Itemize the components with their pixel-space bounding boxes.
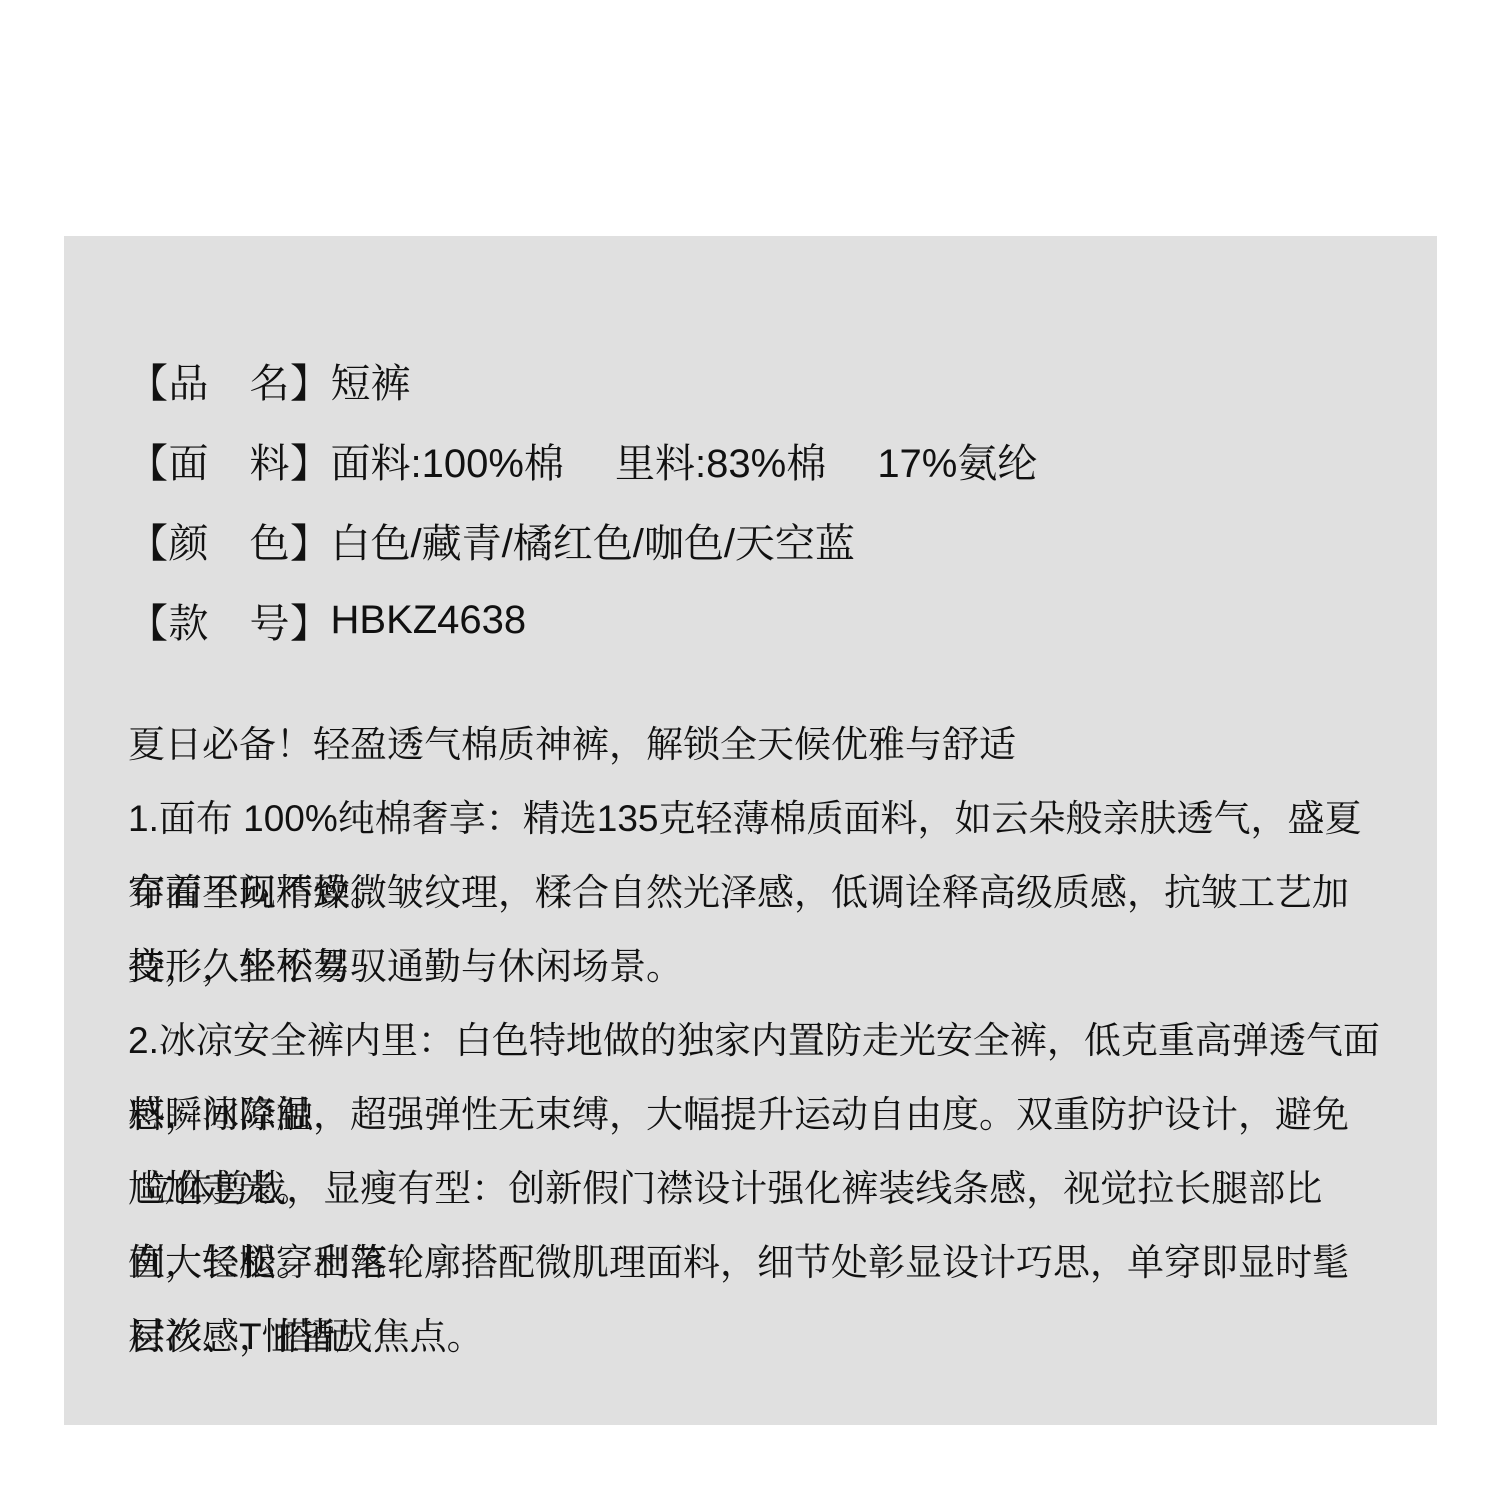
spec-list: 【品 名】 短裤 【面 料】 面料:100%棉 里料:83%棉 17%氨纶 【颜… <box>128 340 1381 660</box>
spec-value-color: 白色/藏青/橘红色/咖色/天空蓝 <box>331 512 1382 569</box>
product-description-page: 【品 名】 短裤 【面 料】 面料:100%棉 里料:83%棉 17%氨纶 【颜… <box>0 0 1500 1500</box>
spec-label-product-name: 【品 名】 <box>128 352 331 409</box>
spec-value-product-name: 短裤 <box>331 352 1382 409</box>
spec-label-color: 【颜 色】 <box>128 512 331 569</box>
description-line: 2.冰凉安全裤内里：白色特地做的独家内置防走光安全裤，低克重高弹透气面料，冰凉触 <box>128 1004 1381 1078</box>
spec-value-style-number: HBKZ4638 <box>331 598 1382 643</box>
spec-value-fabric: 面料:100%棉 里料:83%棉 17%氨纶 <box>331 432 1382 489</box>
description-line: 衬衫、T恤皆成焦点。 <box>128 1300 1381 1374</box>
description-line: 布面呈现精致微皱纹理，糅合自然光泽感，低调诠释高级质感，抗皱工艺加持，久坐不易 <box>128 856 1381 930</box>
spec-label-fabric: 【面 料】 <box>128 432 331 489</box>
description: 夏日必备！轻盈透气棉质神裤，解锁全天候优雅与舒适 1.面布 100%纯棉奢享：精… <box>128 708 1381 1374</box>
spec-row-color: 【颜 色】 白色/藏青/橘红色/咖色/天空蓝 <box>128 500 1381 580</box>
description-line: 1.面布 100%纯棉奢享：精选135克轻薄棉质面料，如云朵般亲肤透气，盛夏穿着… <box>128 782 1381 856</box>
description-line: 立体剪裁，显瘦有型：创新假门襟设计强化裤装线条感，视觉拉长腿部比例，轻松穿出笔 <box>128 1152 1381 1226</box>
product-info-panel: 【品 名】 短裤 【面 料】 面料:100%棉 里料:83%棉 17%氨纶 【颜… <box>64 236 1437 1425</box>
description-line: 变形，轻松驾驭通勤与休闲场景。 <box>128 930 1381 1004</box>
description-line: 感瞬间降温，超强弹性无束缚，大幅提升运动自由度。双重防护设计，避免尴尬走光。 <box>128 1078 1381 1152</box>
spec-row-fabric: 【面 料】 面料:100%棉 里料:83%棉 17%氨纶 <box>128 420 1381 500</box>
spec-row-product-name: 【品 名】 短裤 <box>128 340 1381 420</box>
spec-row-style-number: 【款 号】 HBKZ4638 <box>128 580 1381 660</box>
spec-label-style-number: 【款 号】 <box>128 592 331 649</box>
description-headline: 夏日必备！轻盈透气棉质神裤，解锁全天候优雅与舒适 <box>128 708 1381 782</box>
description-line: 直大长腿。利落轮廓搭配微肌理面料，细节处彰显设计巧思，单穿即显时髦层次感，搭配 <box>128 1226 1381 1300</box>
